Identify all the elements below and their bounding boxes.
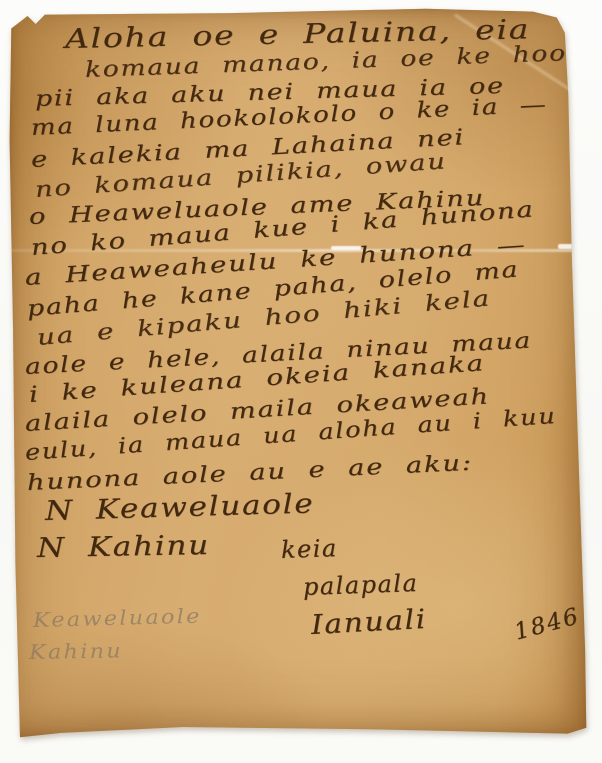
pencil-annotation: Kahinu [29, 638, 123, 664]
closing-word: keia [281, 534, 339, 564]
document-scan: Aloha oe e Paluina, eia komaua manao, ia… [0, 0, 602, 763]
letter-paper: Aloha oe e Paluina, eia komaua manao, ia… [9, 8, 588, 738]
date-year: 1846 [512, 603, 583, 645]
crease-highlight [558, 244, 584, 249]
closing-word: palapala [303, 569, 419, 601]
closing-word: Ianuali [310, 604, 427, 641]
signature: N Kahinu [37, 530, 210, 564]
signature: N Keaweluaole [45, 488, 315, 527]
paper-shadow-wrap: Aloha oe e Paluina, eia komaua manao, ia… [0, 0, 602, 763]
pencil-annotation: Keaweluaole [33, 604, 202, 632]
